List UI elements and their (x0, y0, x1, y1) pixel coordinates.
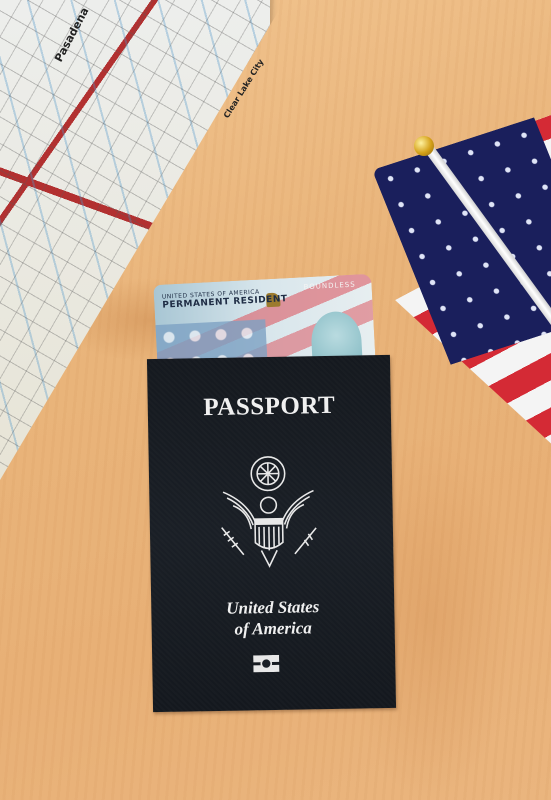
card-watermark: BOUNDLESS (303, 281, 356, 292)
biometric-chip-icon (253, 655, 279, 672)
flag-stars-field (372, 117, 551, 364)
passport-country: United States of America (151, 595, 395, 641)
passport-title: PASSPORT (148, 391, 391, 423)
photo-scene: Pasadena Clear Lake City UNITED STATES O… (0, 0, 551, 800)
great-seal-eagle-icon (209, 451, 329, 571)
flag-finial-icon (414, 136, 434, 156)
passport-country-line2: of America (151, 616, 394, 641)
passport: PASSPORT United States of America (147, 355, 396, 712)
